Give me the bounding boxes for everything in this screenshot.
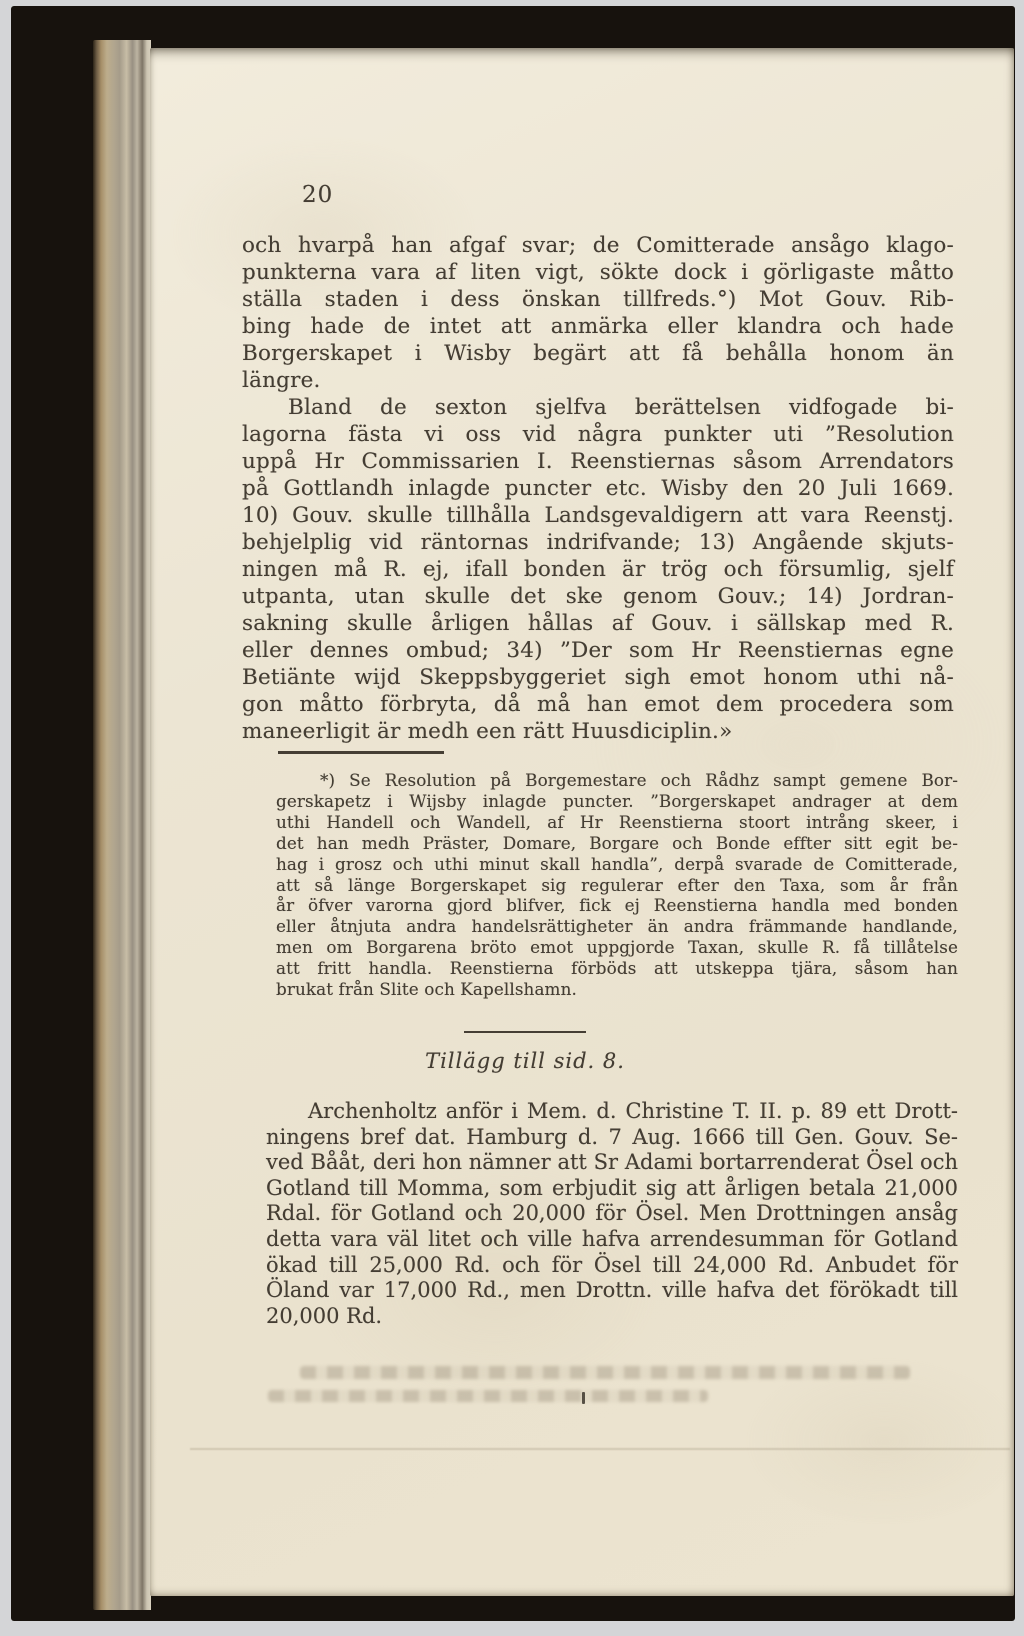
text-line: men om Borgarena bröto emot uppgjorde Ta… <box>276 937 958 958</box>
text-line: 10) Gouv. skulle tillhålla Landsgevaldig… <box>242 502 954 529</box>
text-line: *) Se Resolution på Borgemestare och Råd… <box>276 770 958 791</box>
paragraph-resolution: Bland de sexton sjelfva berättelsen vidf… <box>242 394 954 745</box>
text-line: uthi Handell och Wandell, af Hr Reenstie… <box>276 812 958 833</box>
page-number: 20 <box>302 182 333 208</box>
text-line: år öfver varorna gjord blifver, fick ej … <box>276 895 958 916</box>
book-scan: { "document": { "page_number": "20", "ma… <box>0 0 1024 1636</box>
text-line: ningens bref dat. Hamburg d. 7 Aug. 1666… <box>266 1125 958 1151</box>
text-line: utpanta, utan skulle det ske genom Gouv.… <box>242 583 954 610</box>
text-line: uppå Hr Commissarien I. Reenstiernas sås… <box>242 448 954 475</box>
text-line: eller åtnjuta andra handelsrättigheter ä… <box>276 916 958 937</box>
book-page: 20 och hvarpå han afgaf svar; de Comitte… <box>150 48 1014 1596</box>
text-line: Rdal. för Gotland och 20,000 för Ösel. M… <box>266 1201 958 1227</box>
text-line: bing hade de intet att anmärka eller kla… <box>242 313 954 340</box>
book-page-edges <box>93 40 151 1610</box>
text-line: brukat från Slite och Kapellshamn. <box>276 979 958 1000</box>
text-line: Borgerskapet i Wisby begärt att få behål… <box>242 340 954 367</box>
text-line: punkterna vara af liten vigt, sökte dock… <box>242 259 954 286</box>
addendum-text: Archenholtz anför i Mem. d. Christine T.… <box>266 1099 958 1329</box>
text-line: att fritt handla. Reenstierna förböds at… <box>276 958 958 979</box>
footnote-text: *) Se Resolution på Borgemestare och Råd… <box>276 770 958 1000</box>
text-line: sakning skulle årligen hållas af Gouv. i… <box>242 610 954 637</box>
text-line: detta vara väl litet och ville hafva arr… <box>266 1227 958 1253</box>
text-line: gerskapetz i Wijsby inlagde puncter. ”Bo… <box>276 791 958 812</box>
text-line: Bland de sexton sjelfva berättelsen vidf… <box>242 394 954 421</box>
text-line: gon måtto förbryta, då må han emot dem p… <box>242 691 954 718</box>
text-line: 20,000 Rd. <box>266 1304 958 1330</box>
paragraph-continuation: och hvarpå han afgaf svar; de Comitterad… <box>242 232 954 394</box>
text-line: behjelplig vid räntornas indrifvande; 13… <box>242 529 954 556</box>
text-line: ökad till 25,000 Rd. och för Ösel till 2… <box>266 1253 958 1279</box>
text-line: Gotland till Momma, som erbjudit sig att… <box>266 1176 958 1202</box>
addendum-title: Tillägg till sid. 8. <box>325 1049 725 1073</box>
ink-speck <box>582 1392 585 1404</box>
text-line: längre. <box>242 367 954 394</box>
main-text: och hvarpå han afgaf svar; de Comitterad… <box>242 232 954 745</box>
text-line: och hvarpå han afgaf svar; de Comitterad… <box>242 232 954 259</box>
text-line: eller dennes ombud; 34) ”Der som Hr Reen… <box>242 637 954 664</box>
section-separator-rule <box>464 1031 586 1033</box>
text-line: ningen må R. ej, ifall bonden är trög oc… <box>242 556 954 583</box>
text-line: lagorna fästa vi oss vid några punkter u… <box>242 421 954 448</box>
bleedthrough-text-line <box>300 1366 910 1379</box>
text-line: ställa staden i dess önskan tillfreds.°)… <box>242 286 954 313</box>
text-line: Betiänte wijd Skeppsbyggeriet sigh emot … <box>242 664 954 691</box>
text-line: på Gottlandh inlagde puncter etc. Wisby … <box>242 475 954 502</box>
bleedthrough-text-line <box>268 1390 708 1402</box>
text-line: det han medh Präster, Domare, Borgare oc… <box>276 833 958 854</box>
text-line: Öland var 17,000 Rd., men Drottn. ville … <box>266 1278 958 1304</box>
text-line: ved Bååt, deri hon nämner att Sr Adami b… <box>266 1150 958 1176</box>
text-line: hag i grosz och uthi minut skall handla”… <box>276 854 958 875</box>
text-line: Archenholtz anför i Mem. d. Christine T.… <box>266 1099 958 1125</box>
text-line: att så länge Borgerskapet sig regulerar … <box>276 875 958 896</box>
footnote-separator-rule <box>278 751 444 754</box>
paper-crease-line <box>190 1448 1010 1450</box>
text-line: maneerligit är medh een rätt Huusdicipli… <box>242 718 954 745</box>
